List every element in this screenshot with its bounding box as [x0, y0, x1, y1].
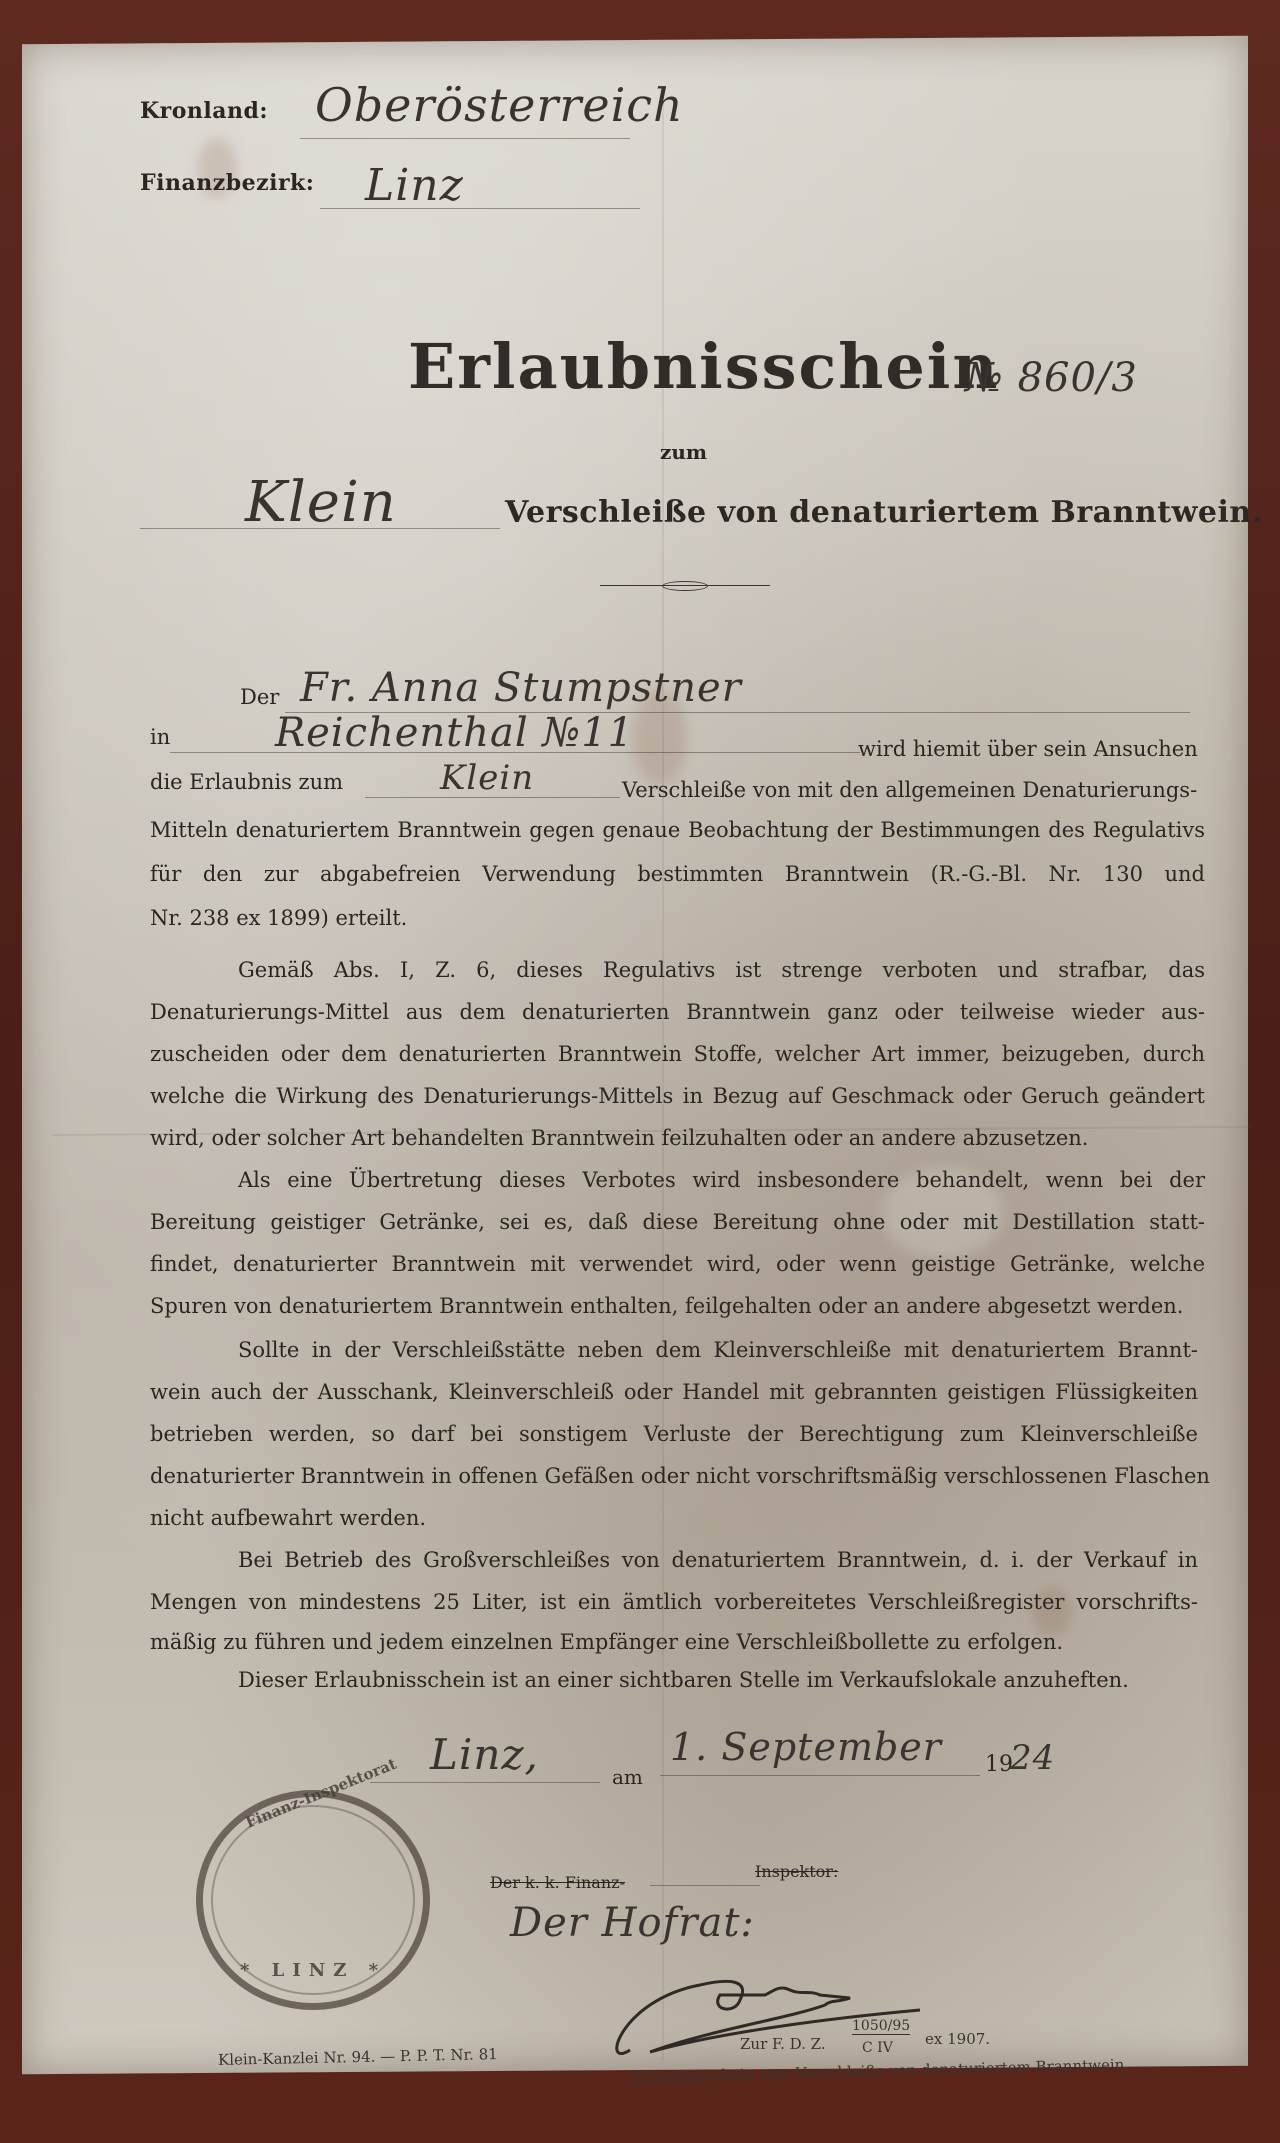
- year-suffix: 24: [1010, 1738, 1055, 1778]
- permit-line2-handwritten: Klein: [440, 758, 534, 798]
- reference-prefix: Zur F. D. Z.: [740, 2035, 826, 2053]
- struck-title-right: Inspektor:: [755, 1862, 838, 1881]
- location-underline: [170, 752, 860, 753]
- body-line: Bereitung geistiger Getränke, sei es, da…: [150, 1210, 1205, 1234]
- permit-number-value: 860/3: [1018, 355, 1138, 401]
- body-line: zuscheiden oder dem denaturierten Brannt…: [150, 1042, 1205, 1066]
- body-line: betrieben werden, so darf bei sonstigem …: [150, 1422, 1198, 1446]
- zum-label: zum: [660, 440, 707, 464]
- struck-title-left: Der k. k. Finanz-: [490, 1873, 625, 1892]
- reference-numerator: 1050/95: [852, 2018, 910, 2035]
- body-line: Bei Betrieb des Großverschleißes von den…: [238, 1548, 1198, 1572]
- body-line: Denaturierungs-Mittel aus dem denaturier…: [150, 1000, 1205, 1024]
- finanzbezirk-label: Finanzbezirk:: [140, 170, 314, 196]
- permit-type-underline: [140, 528, 500, 529]
- kronland-value: Oberösterreich: [315, 78, 684, 132]
- document-subtitle: Verschleiße von denaturiertem Branntwein…: [505, 495, 1263, 530]
- body-line: Gemäß Abs. I, Z. 6, dieses Regulativs is…: [238, 958, 1205, 982]
- body-line: denaturierter Branntwein in offenen Gefä…: [150, 1464, 1198, 1488]
- official-signature: [590, 1940, 950, 2080]
- date-am-label: am: [612, 1765, 643, 1789]
- permit-type-handwritten: Klein: [245, 470, 397, 535]
- date-underline: [660, 1775, 980, 1776]
- body-line: Mitteln denaturiertem Branntwein gegen g…: [150, 818, 1205, 842]
- document-title: Erlaubnisschein: [408, 330, 999, 403]
- permit-line2-tail: Verschleiße von mit den allgemeinen Dena…: [622, 778, 1197, 802]
- divider-ornament: [600, 585, 770, 590]
- permit-line2-head: die Erlaubnis zum: [150, 770, 343, 794]
- body-line: Spuren von denaturiertem Branntwein enth…: [150, 1294, 1205, 1318]
- line2-underline: [365, 797, 620, 798]
- place-underline: [370, 1782, 600, 1783]
- permit-location: Reichenthal №11: [275, 710, 634, 756]
- date-day-month: 1. September: [670, 1725, 942, 1769]
- finanzbezirk-value: Linz: [365, 160, 464, 211]
- permit-number: № 860/3: [965, 355, 1138, 401]
- body-line: welche die Wirkung des Denaturierungs-Mi…: [150, 1084, 1205, 1108]
- body-line: findet, denaturierter Branntwein mit ver…: [150, 1252, 1205, 1276]
- title-underline: [650, 1885, 760, 1886]
- stamp-bottom-text: * LINZ *: [203, 1960, 423, 1981]
- body-line: Sollte in der Verschleißstätte neben dem…: [238, 1338, 1198, 1362]
- kronland-underline: [300, 138, 630, 139]
- official-stamp: Finanz-Inspektorat * LINZ *: [196, 1790, 430, 2010]
- body-line: Mengen von mindestens 25 Liter, ist ein …: [150, 1590, 1198, 1614]
- reference-denominator: C IV: [862, 2040, 893, 2056]
- number-sign: №: [965, 355, 1004, 401]
- reference-suffix: ex 1907.: [925, 2030, 990, 2048]
- der-label: Der: [240, 685, 279, 709]
- body-line: mäßig zu führen und jedem einzelnen Empf…: [150, 1630, 1205, 1654]
- permit-holder-name: Fr. Anna Stumpstner: [300, 665, 742, 711]
- body-line: Als eine Übertretung dieses Verbotes wir…: [238, 1168, 1205, 1192]
- finanzbezirk-underline: [320, 208, 640, 209]
- date-place: Linz,: [430, 1730, 539, 1779]
- body-line: nicht aufbewahrt werden.: [150, 1506, 1205, 1530]
- body-line: Dieser Erlaubnisschein ist an einer sich…: [238, 1668, 1158, 1692]
- permit-line1-tail: wird hiemit über sein Ansuchen: [858, 737, 1198, 761]
- kronland-label: Kronland:: [140, 98, 268, 124]
- body-line: wein auch der Ausschank, Kleinverschleiß…: [150, 1380, 1198, 1404]
- body-line: wird, oder solcher Art behandelten Brann…: [150, 1126, 1205, 1150]
- body-line: für den zur abgabefreien Verwendung best…: [150, 862, 1205, 886]
- body-line: Nr. 238 ex 1899) erteilt.: [150, 906, 1205, 930]
- year-prefix: 19: [985, 1752, 1013, 1777]
- in-label: in: [150, 725, 170, 749]
